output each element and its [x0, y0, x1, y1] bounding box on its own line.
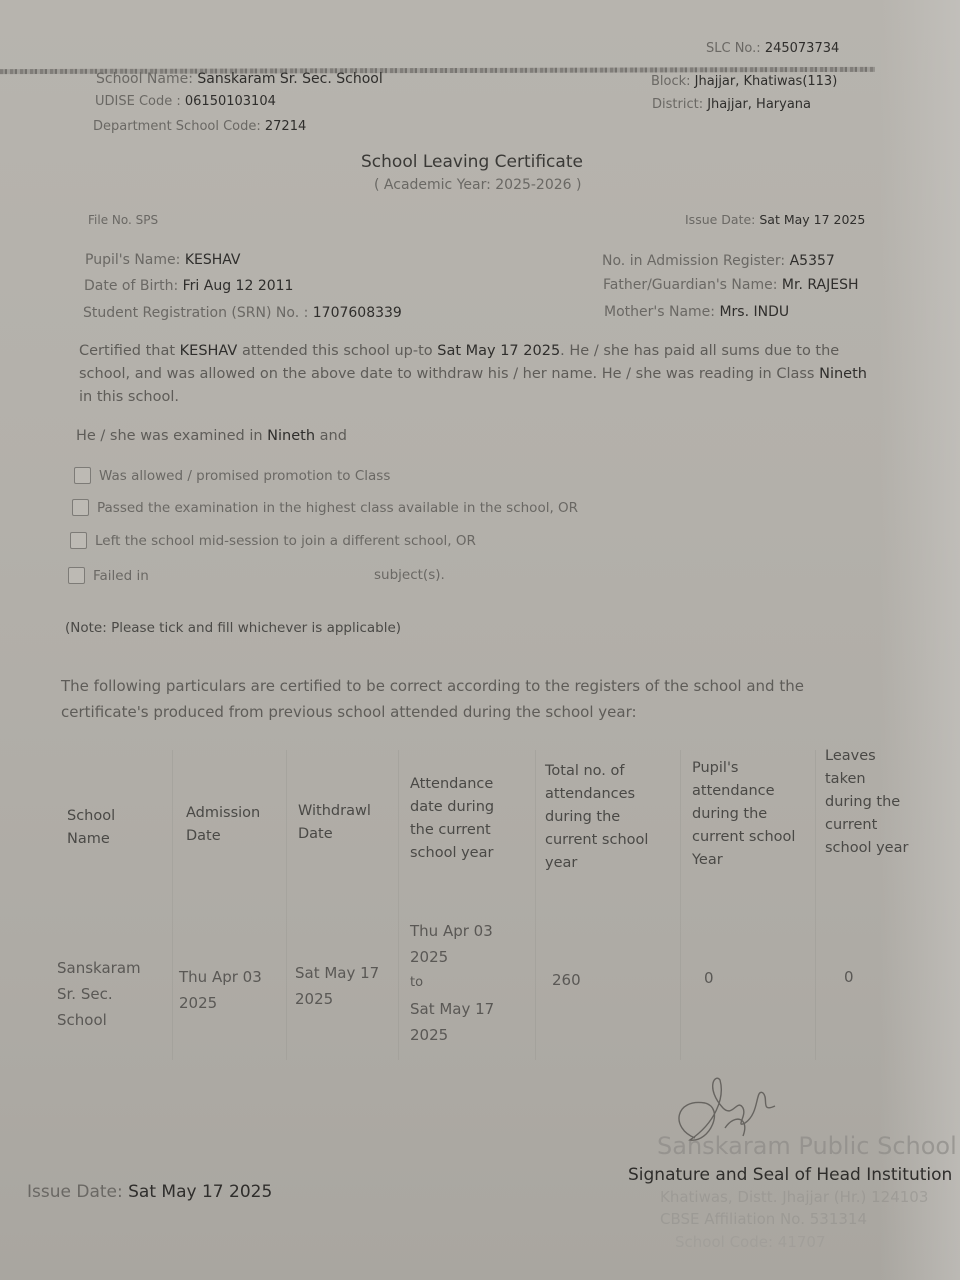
th-withdrawal-date: Withdrawl Date	[298, 800, 388, 846]
father-name: Father/Guardian's Name: Mr. RAJESH	[603, 277, 858, 293]
cell-total-attendances: 260	[552, 967, 581, 993]
pupil-name: Pupil's Name: KESHAV	[85, 252, 241, 268]
th-leaves-taken: Leaves taken during the current school y…	[825, 745, 910, 860]
stamp-address: Khatiwas, Distt. Jhajjar (Hr.) 124103	[660, 1188, 928, 1206]
certification-paragraph: Certified that KESHAV attended this scho…	[79, 340, 879, 409]
th-pupil-attendance: Pupil's attendance during the current sc…	[692, 757, 807, 872]
option-left-mid-session[interactable]: Left the school mid-session to join a di…	[70, 532, 476, 549]
signature-label: Signature and Seal of Head Institution	[628, 1165, 952, 1185]
table-divider	[286, 750, 287, 1060]
table-divider	[398, 750, 399, 1060]
stamp-school-name: Sanskaram Public School	[657, 1132, 957, 1160]
table-divider	[535, 750, 536, 1060]
paper-shadow	[880, 0, 960, 1280]
date-of-birth: Date of Birth: Fri Aug 12 2011	[84, 278, 293, 294]
checkbox[interactable]	[72, 499, 89, 516]
cell-withdrawal-date: Sat May 17 2025	[295, 960, 390, 1012]
file-number: File No. SPS	[88, 213, 158, 227]
checkbox[interactable]	[74, 467, 91, 484]
district: District: Jhajjar, Haryana	[652, 97, 811, 112]
table-divider	[680, 750, 681, 1060]
srn-number: Student Registration (SRN) No. : 1707608…	[83, 305, 402, 321]
th-attendance-dates: Attendance date during the current schoo…	[410, 773, 505, 865]
cell-pupil-attendance: 0	[704, 965, 714, 991]
udise-code: UDISE Code : 06150103104	[95, 94, 276, 109]
issue-date-top: Issue Date: Sat May 17 2025	[685, 212, 865, 227]
stamp-school-code: School Code: 41707	[675, 1233, 826, 1251]
table-divider	[815, 750, 816, 1060]
note: (Note: Please tick and fill whichever is…	[65, 620, 401, 636]
certificate-title: School Leaving Certificate	[361, 152, 583, 172]
checkbox[interactable]	[68, 567, 85, 584]
checkbox[interactable]	[70, 532, 87, 549]
academic-year: ( Academic Year: 2025-2026 )	[374, 177, 581, 193]
school-name: School Name: Sanskaram Sr. Sec. School	[96, 71, 383, 87]
mother-name: Mother's Name: Mrs. INDU	[604, 304, 789, 320]
slc-number: SLC No.: 245073734	[706, 41, 839, 56]
cell-admission-date: Thu Apr 03 2025	[179, 964, 274, 1016]
particulars-intro: The following particulars are certified …	[61, 673, 841, 725]
table-divider	[172, 750, 173, 1060]
block: Block: Jhajjar, Khatiwas(113)	[651, 74, 837, 89]
option-failed-in[interactable]: Failed in	[68, 567, 149, 584]
option-promotion[interactable]: Was allowed / promised promotion to Clas…	[74, 467, 390, 484]
option-passed-highest-class[interactable]: Passed the examination in the highest cl…	[72, 499, 578, 516]
th-school-name: School Name	[67, 805, 147, 851]
issue-date-bottom: Issue Date: Sat May 17 2025	[27, 1182, 272, 1202]
admission-register-number: No. in Admission Register: A5357	[602, 253, 835, 269]
th-admission-date: Admission Date	[186, 802, 276, 848]
department-school-code: Department School Code: 27214	[93, 119, 306, 134]
examined-in-line: He / she was examined in Nineth and	[76, 425, 347, 448]
th-total-attendances: Total no. of attendances during the curr…	[545, 760, 660, 875]
failed-subjects-suffix: subject(s).	[374, 567, 445, 583]
stamp-affiliation: CBSE Affiliation No. 531314	[660, 1210, 867, 1228]
cell-attendance-dates: Thu Apr 03 2025 to Sat May 17 2025	[410, 918, 505, 1048]
cell-school-name: Sanskaram Sr. Sec. School	[57, 955, 152, 1033]
cell-leaves-taken: 0	[844, 964, 854, 990]
